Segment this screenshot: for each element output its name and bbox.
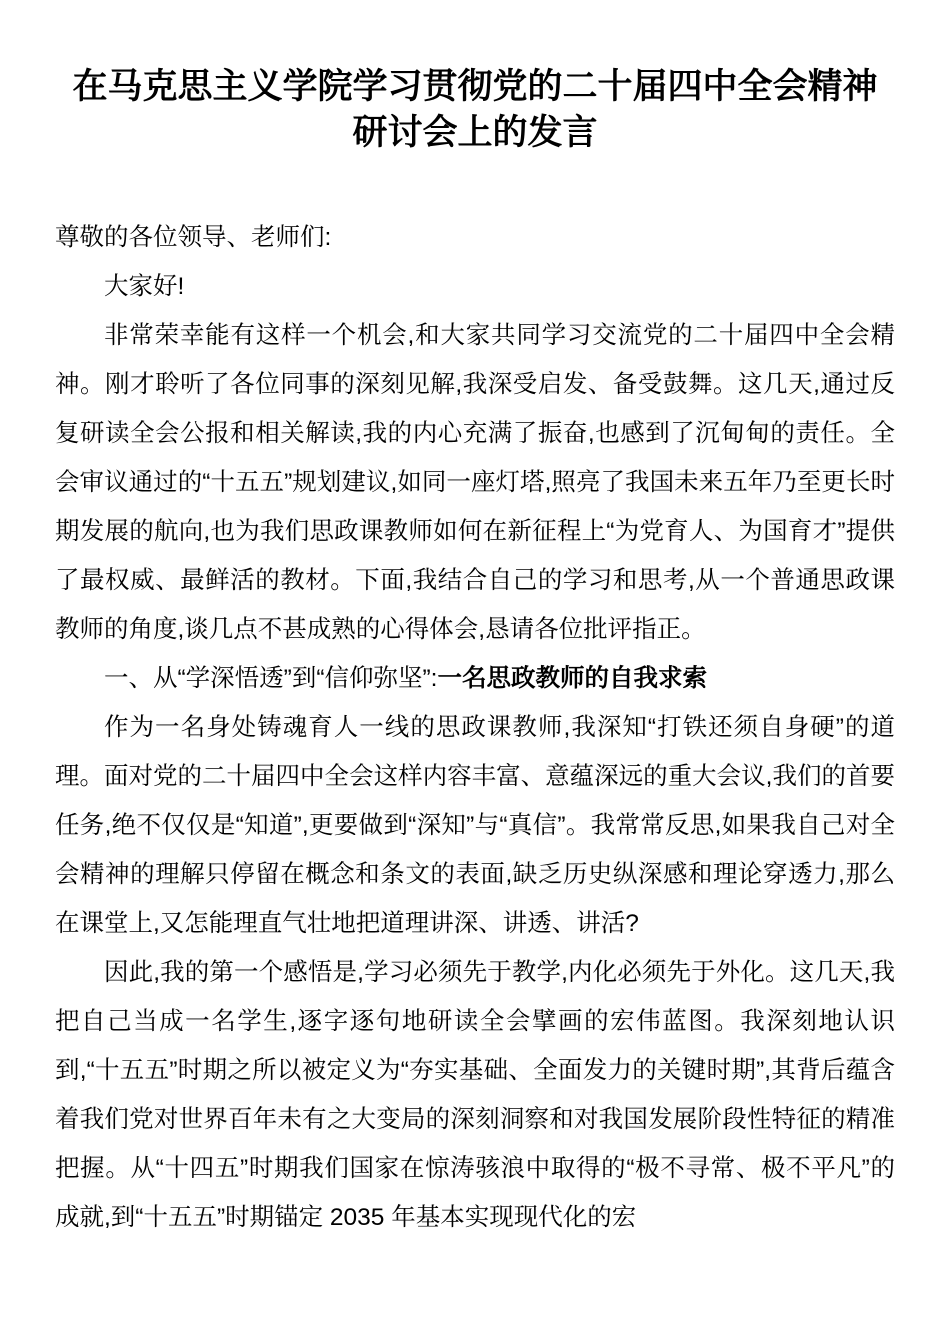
document-title: 在马克思主义学院学习贯彻党的二十届四中全会精神 研讨会上的发言	[55, 64, 895, 156]
section-1-heading-emphasis: 一名思政教师的自我求索	[437, 665, 707, 692]
section-1-paragraph-2: 因此,我的第一个感悟是,学习必须先于教学,内化必须先于外化。这几天,我把自己当成…	[55, 948, 895, 1242]
document-title-line-1: 在马克思主义学院学习贯彻党的二十届四中全会精神	[55, 64, 895, 110]
salutation-line: 尊敬的各位领导、老师们:	[55, 213, 895, 262]
section-1-heading-prefix: 一、从“学深悟透”到“信仰弥坚”:	[104, 665, 437, 692]
document-body: 尊敬的各位领导、老师们: 大家好! 非常荣幸能有这样一个机会,和大家共同学习交流…	[55, 213, 895, 1242]
document-page: 在马克思主义学院学习贯彻党的二十届四中全会精神 研讨会上的发言 尊敬的各位领导、…	[0, 0, 950, 1344]
document-title-line-2: 研讨会上的发言	[55, 110, 895, 156]
section-1-heading: 一、从“学深悟透”到“信仰弥坚”:一名思政教师的自我求索	[55, 654, 895, 703]
greeting-line: 大家好!	[55, 262, 895, 311]
opening-paragraph: 非常荣幸能有这样一个机会,和大家共同学习交流党的二十届四中全会精神。刚才聆听了各…	[55, 311, 895, 654]
section-1-paragraph-1: 作为一名身处铸魂育人一线的思政课教师,我深知“打铁还须自身硬”的道理。面对党的二…	[55, 703, 895, 948]
